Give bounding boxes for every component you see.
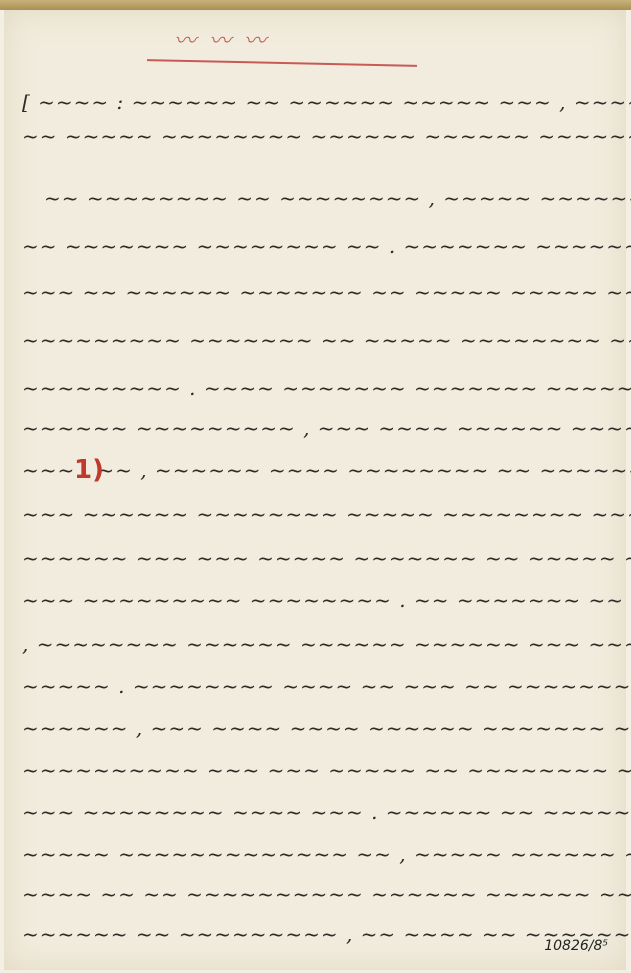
manuscript-line: ~~~ ~~~~~~ ~~~~~~~~ ~~~~~ ~~~~~~~~ ~~~~~…	[22, 502, 617, 530]
manuscript-line: ~~~~~~ ~~ ~~~~~~~~~ , ~~ ~~~~ ~~ ~~~~~~~…	[22, 922, 617, 950]
manuscript-line: ~~ ~~~~~ ~~~~~~~~ ~~~~~~ ~~~~~~ ~~~~~~~~…	[22, 124, 617, 152]
notebook-binding-edge	[0, 0, 631, 10]
manuscript-line: ~~~~~ . ~~~~~~~~ ~~~~ ~~ ~~~ ~~ ~~~~~~~~…	[22, 674, 617, 702]
manuscript-line: ~~~~~~ ~~~~~~~~~ , ~~~ ~~~~ ~~~~~~ ~~~~ …	[22, 416, 617, 444]
heading-underline	[147, 59, 417, 67]
manuscript-line: ~~~ ~~ ~~~~~~ ~~~~~~~ ~~ ~~~~~ ~~~~~ ~~~	[22, 280, 617, 308]
catalog-number: 10826/8⁵	[544, 938, 608, 954]
manuscript-line: ~~~ ~~~~~~~~~ ~~~~~~~~ . ~~ ~~~~~~~ ~~ ~…	[22, 588, 617, 616]
manuscript-line: ~~~~~~ , ~~~ ~~~~ ~~~~ ~~~~~~ ~~~~~~~ ~~…	[22, 716, 617, 744]
manuscript-line: ~~~~~~~~~ . ~~~~ ~~~~~~~ ~~~~~~~ ~~~~~~~…	[22, 376, 617, 404]
red-footnote-marker: 1)	[74, 455, 104, 485]
manuscript-line: ~~~~~~~~~ ~~~~~~~ ~~ ~~~~~ ~~~~~~~~ ~~ ~…	[22, 328, 617, 356]
manuscript-line: ~~~ . ~~ , ~~~~~~ ~~~~ ~~~~~~~~ ~~ ~~~~~…	[22, 458, 617, 486]
manuscript-line: ~~~~~~ ~~~ ~~~ ~~~~~ ~~~~~~~ ~~ ~~~~~ ~~…	[22, 546, 617, 574]
manuscript-page: 〰 〰 〰 [ ~~~~ : ~~~~~~ ~~ ~~~~~~ ~~~~~ ~~…	[4, 10, 626, 970]
manuscript-line: ~~~~~ ~~~~~~~~~~~~~ ~~ , ~~~~~ ~~~~~~ ~~…	[22, 842, 617, 870]
manuscript-line: ~~~ ~~~~~~~~ ~~~~ ~~~ . ~~~~~~ ~~ ~~~~~~…	[22, 800, 617, 828]
manuscript-line: ~~~~ ~~ ~~ ~~~~~~~~~~ ~~~~~~ ~~~~~~ ~~~~…	[22, 882, 617, 910]
manuscript-line: , ~~~~~~~~ ~~~~~~ ~~~~~~ ~~~~~~ ~~~ ~~~~…	[22, 632, 617, 660]
manuscript-line: ~~~~~~~~~~ ~~~ ~~~ ~~~~~ ~~ ~~~~~~~~ ~~~…	[22, 758, 617, 786]
manuscript-line: ~~ ~~~~~~~~ ~~ ~~~~~~~~ , ~~~~~ ~~~~~~ ~…	[22, 186, 617, 214]
manuscript-line: [ ~~~~ : ~~~~~~ ~~ ~~~~~~ ~~~~~ ~~~ , ~~…	[22, 90, 617, 118]
manuscript-line: ~~ ~~~~~~~ ~~~~~~~~ ~~ . ~~~~~~~ ~~~~~~	[22, 234, 617, 262]
red-heading: 〰 〰 〰	[174, 24, 269, 55]
